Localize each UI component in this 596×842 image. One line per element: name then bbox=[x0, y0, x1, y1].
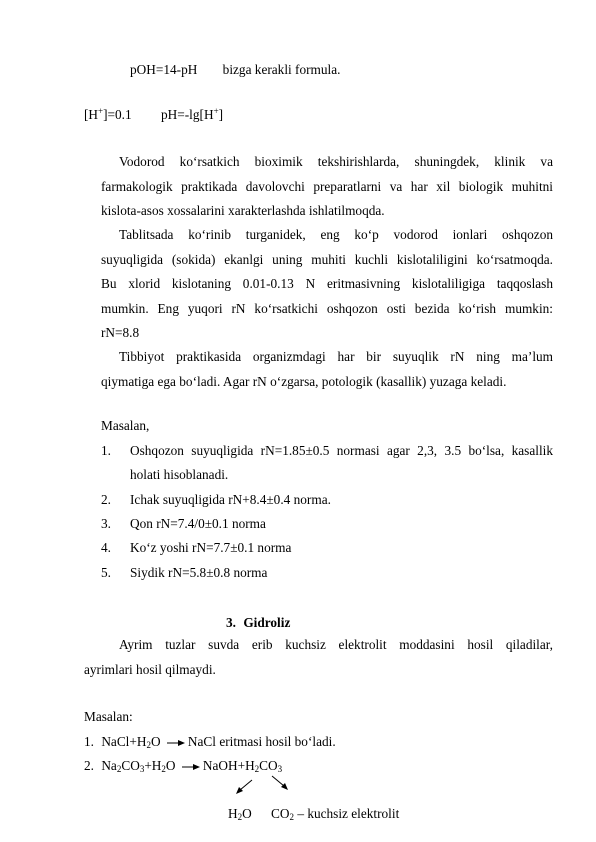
list-number: 3. bbox=[101, 517, 111, 530]
paragraph-line: ayrimlari hosil qilmaydi. bbox=[84, 658, 553, 683]
formula-caption: bizga kerakli formula. bbox=[223, 62, 341, 77]
arrow-right-icon bbox=[166, 738, 186, 748]
paragraph-line: qiymatiga ega bo‘ladi. Agar rN o‘zgarsa,… bbox=[101, 370, 553, 395]
list-text: Oshqozon suyuqligida rN=1.85±0.5 normasi… bbox=[130, 444, 553, 457]
poh-formula: pOH=14-pH bbox=[130, 62, 197, 77]
list-number: 4. bbox=[101, 541, 111, 554]
paragraph-line: suyuqligida (sokida) ekanlgi uning muhit… bbox=[101, 248, 553, 273]
list-number: 5. bbox=[101, 566, 111, 579]
section-title: Gidroliz bbox=[243, 615, 290, 630]
h-concentration: [H+]=0.1 bbox=[84, 107, 132, 122]
water-product: H2O bbox=[228, 806, 252, 821]
paragraph-line: mumkin. Eng yuqori rN ko‘rsatkichi oshqo… bbox=[101, 297, 553, 322]
reaction-rhs: NaOH+H2CO3 bbox=[203, 758, 282, 773]
paragraph-line: Vodorod ko‘rsatkich bioximik tekshirishl… bbox=[101, 150, 553, 175]
arrow-down-left-icon bbox=[234, 779, 254, 795]
h-concentration-line: [H+]=0.1 pH=-lg[H+] bbox=[84, 108, 223, 121]
reaction-lhs: Na2CO3+H2O bbox=[101, 758, 175, 773]
paragraph-line: Tablitsada ko‘rinib turganidek, eng ko‘p… bbox=[101, 223, 553, 248]
paragraph-line: Bu xlorid kislotaning 0.01-0.13 N eritma… bbox=[101, 272, 553, 297]
paragraph-line: Tibbiyot praktikasida organizmdagi har b… bbox=[101, 345, 553, 370]
section-heading: 3. Gidroliz bbox=[226, 616, 290, 629]
paragraph-gastric-acidity: Tablitsada ko‘rinib turganidek, eng ko‘p… bbox=[101, 223, 553, 346]
paragraph-line: farmakologik praktikada davolovchi prepa… bbox=[101, 175, 553, 200]
reaction-2: 2. Na2CO3+H2O NaOH+H2CO3 bbox=[84, 759, 282, 772]
examples-heading: Masalan, bbox=[101, 419, 149, 432]
list-text: Siydik rN=5.8±0.8 norma bbox=[130, 566, 267, 579]
arrow-down-right-icon bbox=[270, 775, 290, 791]
decomposition-products: H2O CO2 – kuchsiz elektrolit bbox=[228, 807, 399, 820]
arrow-right-icon bbox=[181, 762, 201, 772]
paragraph-hydrolysis: Ayrim tuzlar suvda erib kuchsiz elektrol… bbox=[84, 633, 553, 682]
list-number: 1. bbox=[101, 444, 111, 457]
list-text: Ko‘z yoshi rN=7.7±0.1 norma bbox=[130, 541, 291, 554]
reaction-rhs: NaCl eritmasi hosil bo‘ladi. bbox=[188, 734, 336, 749]
list-text: holati hisoblanadi. bbox=[130, 468, 228, 481]
hydrolysis-examples-heading: Masalan: bbox=[84, 710, 133, 723]
formula-line: pOH=14-pH bizga kerakli formula. bbox=[130, 63, 340, 76]
reaction-number: 2. bbox=[84, 758, 94, 773]
section-number: 3. bbox=[226, 615, 236, 630]
list-number: 2. bbox=[101, 493, 111, 506]
paragraph-ph-usage: Vodorod ko‘rsatkich bioximik tekshirishl… bbox=[101, 150, 553, 224]
ph-formula: pH=-lg[H+] bbox=[161, 107, 223, 122]
paragraph-line: rN=8.8 bbox=[101, 321, 553, 346]
reaction-number: 1. bbox=[84, 734, 94, 749]
paragraph-medical-practice: Tibbiyot praktikasida organizmdagi har b… bbox=[101, 345, 553, 394]
list-text: Qon rN=7.4/0±0.1 norma bbox=[130, 517, 266, 530]
paragraph-line: Ayrim tuzlar suvda erib kuchsiz elektrol… bbox=[84, 633, 553, 658]
reaction-1: 1. NaCl+H2O NaCl eritmasi hosil bo‘ladi. bbox=[84, 735, 336, 748]
list-text: Ichak suyuqligida rN+8.4±0.4 norma. bbox=[130, 493, 331, 506]
co2-product: CO2 – kuchsiz elektrolit bbox=[271, 806, 399, 821]
reaction-lhs: NaCl+H2O bbox=[101, 734, 160, 749]
paragraph-line: kislota-asos xossalarini xarakterlashda … bbox=[101, 199, 553, 224]
